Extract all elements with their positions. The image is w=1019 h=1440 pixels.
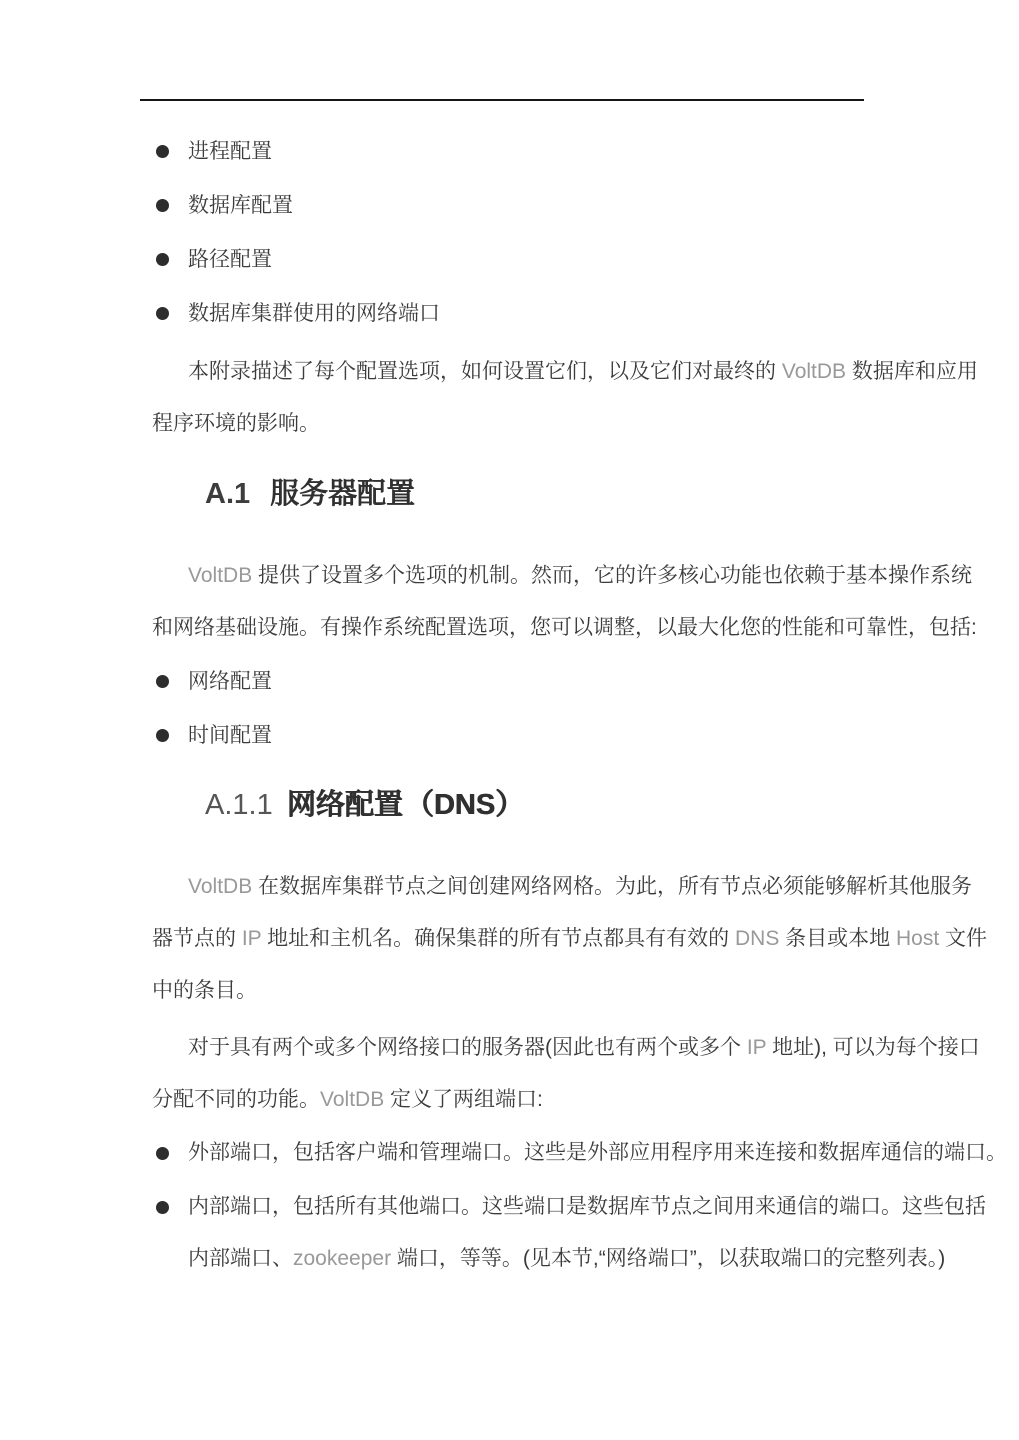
- text-run: 地址), 可以为每个接口: [766, 1036, 980, 1059]
- heading-number: A.1.1: [205, 789, 273, 821]
- paragraph-line: VoltDB 在数据库集群节点之间创建网络网格。为此，所有节点必须能够解析其他服…: [152, 861, 885, 913]
- heading-network-configuration-dns: A.1.1网络配置（DNS）: [205, 785, 885, 825]
- list-item-text: 路径配置: [188, 248, 272, 271]
- document-content: 进程配置 数据库配置 路径配置 数据库集群使用的网络端口 本附录描述了每个配置选…: [140, 0, 885, 1285]
- bullet-icon: [156, 729, 169, 742]
- paragraph-network-interfaces: 对于具有两个或多个网络接口的服务器(因此也有两个或多个 IP 地址), 可以为每…: [152, 1022, 885, 1126]
- latin-text: IP: [747, 1036, 766, 1059]
- text-run: 端口，等等。(见本节,“网络端口”，以获取端口的完整列表。): [391, 1247, 945, 1270]
- list-item-network-ports: 数据库集群使用的网络端口: [140, 287, 885, 340]
- list-item-text: 数据库配置: [188, 194, 293, 217]
- list-item-line: 内部端口、zookeeper 端口，等等。(见本节,“网络端口”，以获取端口的完…: [188, 1233, 885, 1285]
- latin-text: Host: [896, 927, 939, 950]
- bullet-icon: [156, 675, 169, 688]
- list-item-internal-ports: 内部端口，包括所有其他端口。这些端口是数据库节点之间用来通信的端口。这些包括 内…: [140, 1181, 885, 1285]
- text-run: 程序环境的影响。: [152, 412, 320, 435]
- text-run: 数据库配置: [188, 194, 293, 217]
- latin-text: VoltDB: [782, 360, 846, 383]
- text-run: 内部端口、: [188, 1247, 293, 1270]
- paragraph-network-mesh: VoltDB 在数据库集群节点之间创建网络网格。为此，所有节点必须能够解析其他服…: [152, 861, 885, 1017]
- list-item-network-config: 网络配置: [140, 655, 885, 708]
- list-item-line: 内部端口，包括所有其他端口。这些端口是数据库节点之间用来通信的端口。这些包括: [188, 1181, 885, 1233]
- list-item-text: 外部端口，包括客户端和管理端口。这些是外部应用程序用来连接和数据库通信的端口。: [188, 1127, 885, 1179]
- list-item-text: 时间配置: [188, 724, 272, 747]
- list-item-external-ports: 外部端口，包括客户端和管理端口。这些是外部应用程序用来连接和数据库通信的端口。: [140, 1127, 885, 1179]
- paragraph-line: 器节点的 IP 地址和主机名。确保集群的所有节点都具有有效的 DNS 条目或本地…: [152, 913, 885, 965]
- text-run: 定义了两组端口:: [384, 1088, 543, 1111]
- text-run: 路径配置: [188, 248, 272, 271]
- text-run: 文件: [939, 927, 987, 950]
- latin-text: VoltDB: [188, 875, 252, 898]
- appendix-topics-list: 进程配置 数据库配置 路径配置 数据库集群使用的网络端口: [140, 125, 885, 340]
- latin-text: VoltDB: [320, 1088, 384, 1111]
- list-item-path-config: 路径配置: [140, 233, 885, 286]
- paragraph-voltdb-mechanisms: VoltDB 提供了设置多个选项的机制。然而，它的许多核心功能也依赖于基本操作系…: [152, 550, 885, 654]
- heading-suffix: （DNS）: [405, 789, 524, 821]
- bullet-icon: [156, 253, 169, 266]
- paragraph-line: 和网络基础设施。有操作系统配置选项，您可以调整，以最大化您的性能和可靠性，包括:: [152, 602, 885, 654]
- paragraph-line: 本附录描述了每个配置选项，如何设置它们，以及它们对最终的 VoltDB 数据库和…: [152, 346, 885, 398]
- bullet-icon: [156, 307, 169, 320]
- bullet-icon: [156, 1201, 169, 1214]
- paragraph-appendix-intro: 本附录描述了每个配置选项，如何设置它们，以及它们对最终的 VoltDB 数据库和…: [152, 346, 885, 450]
- text-run: 地址和主机名。确保集群的所有节点都具有有效的: [261, 927, 735, 950]
- list-item-time-config: 时间配置: [140, 709, 885, 762]
- text-run: 器节点的: [152, 927, 242, 950]
- document-page: 进程配置 数据库配置 路径配置 数据库集群使用的网络端口 本附录描述了每个配置选…: [0, 0, 1019, 1440]
- text-run: 提供了设置多个选项的机制。然而，它的许多核心功能也依赖于基本操作系统: [252, 564, 972, 587]
- paragraph-line: 中的条目。: [152, 965, 885, 1017]
- paragraph-line: VoltDB 提供了设置多个选项的机制。然而，它的许多核心功能也依赖于基本操作系…: [152, 550, 885, 602]
- list-item-database-config: 数据库配置: [140, 179, 885, 232]
- bullet-icon: [156, 145, 169, 158]
- text-run: 时间配置: [188, 724, 272, 747]
- latin-text: VoltDB: [188, 564, 252, 587]
- text-run: 中的条目。: [152, 979, 257, 1002]
- list-item-text: 进程配置: [188, 140, 272, 163]
- latin-text: DNS: [735, 927, 779, 950]
- bullet-icon: [156, 1147, 169, 1160]
- text-run: 网络配置: [188, 670, 272, 693]
- text-run: 在数据库集群节点之间创建网络网格。为此，所有节点必须能够解析其他服务: [252, 875, 972, 898]
- latin-text: zookeeper: [293, 1247, 391, 1270]
- text-run: 对于具有两个或多个网络接口的服务器(因此也有两个或多个: [188, 1036, 747, 1059]
- heading-number: A.1: [205, 478, 250, 510]
- text-run: 分配不同的功能。: [152, 1088, 320, 1111]
- text-run: 条目或本地: [779, 927, 896, 950]
- text-run: 和网络基础设施。有操作系统配置选项，您可以调整，以最大化您的性能和可靠性，包括:: [152, 616, 977, 639]
- text-run: 本附录描述了每个配置选项，如何设置它们，以及它们对最终的: [188, 360, 782, 383]
- list-item-text: 内部端口，包括所有其他端口。这些端口是数据库节点之间用来通信的端口。这些包括 内…: [188, 1181, 885, 1285]
- text-run: 数据库集群使用的网络端口: [188, 302, 440, 325]
- paragraph-line: 程序环境的影响。: [152, 398, 885, 450]
- list-item-line: 外部端口，包括客户端和管理端口。这些是外部应用程序用来连接和数据库通信的端口。: [188, 1127, 885, 1179]
- list-item-text: 网络配置: [188, 670, 272, 693]
- text-run: 外部端口，包括客户端和管理端口。这些是外部应用程序用来连接和数据库通信的端口。: [188, 1141, 1007, 1164]
- heading-title: 服务器配置: [270, 478, 415, 510]
- text-run: 数据库和应用: [846, 360, 978, 383]
- heading-title: 网络配置: [287, 789, 403, 821]
- paragraph-line: 分配不同的功能。VoltDB 定义了两组端口:: [152, 1074, 885, 1126]
- port-groups-list: 外部端口，包括客户端和管理端口。这些是外部应用程序用来连接和数据库通信的端口。 …: [140, 1127, 885, 1285]
- latin-text: IP: [242, 927, 261, 950]
- os-options-list: 网络配置 时间配置: [140, 655, 885, 762]
- bullet-icon: [156, 199, 169, 212]
- heading-server-configuration: A.1服务器配置: [205, 474, 885, 514]
- text-run: 进程配置: [188, 140, 272, 163]
- header-divider-rule: [140, 99, 864, 101]
- list-item-text: 数据库集群使用的网络端口: [188, 302, 440, 325]
- text-run: 内部端口，包括所有其他端口。这些端口是数据库节点之间用来通信的端口。这些包括: [188, 1195, 986, 1218]
- paragraph-line: 对于具有两个或多个网络接口的服务器(因此也有两个或多个 IP 地址), 可以为每…: [152, 1022, 885, 1074]
- list-item-process-config: 进程配置: [140, 125, 885, 178]
